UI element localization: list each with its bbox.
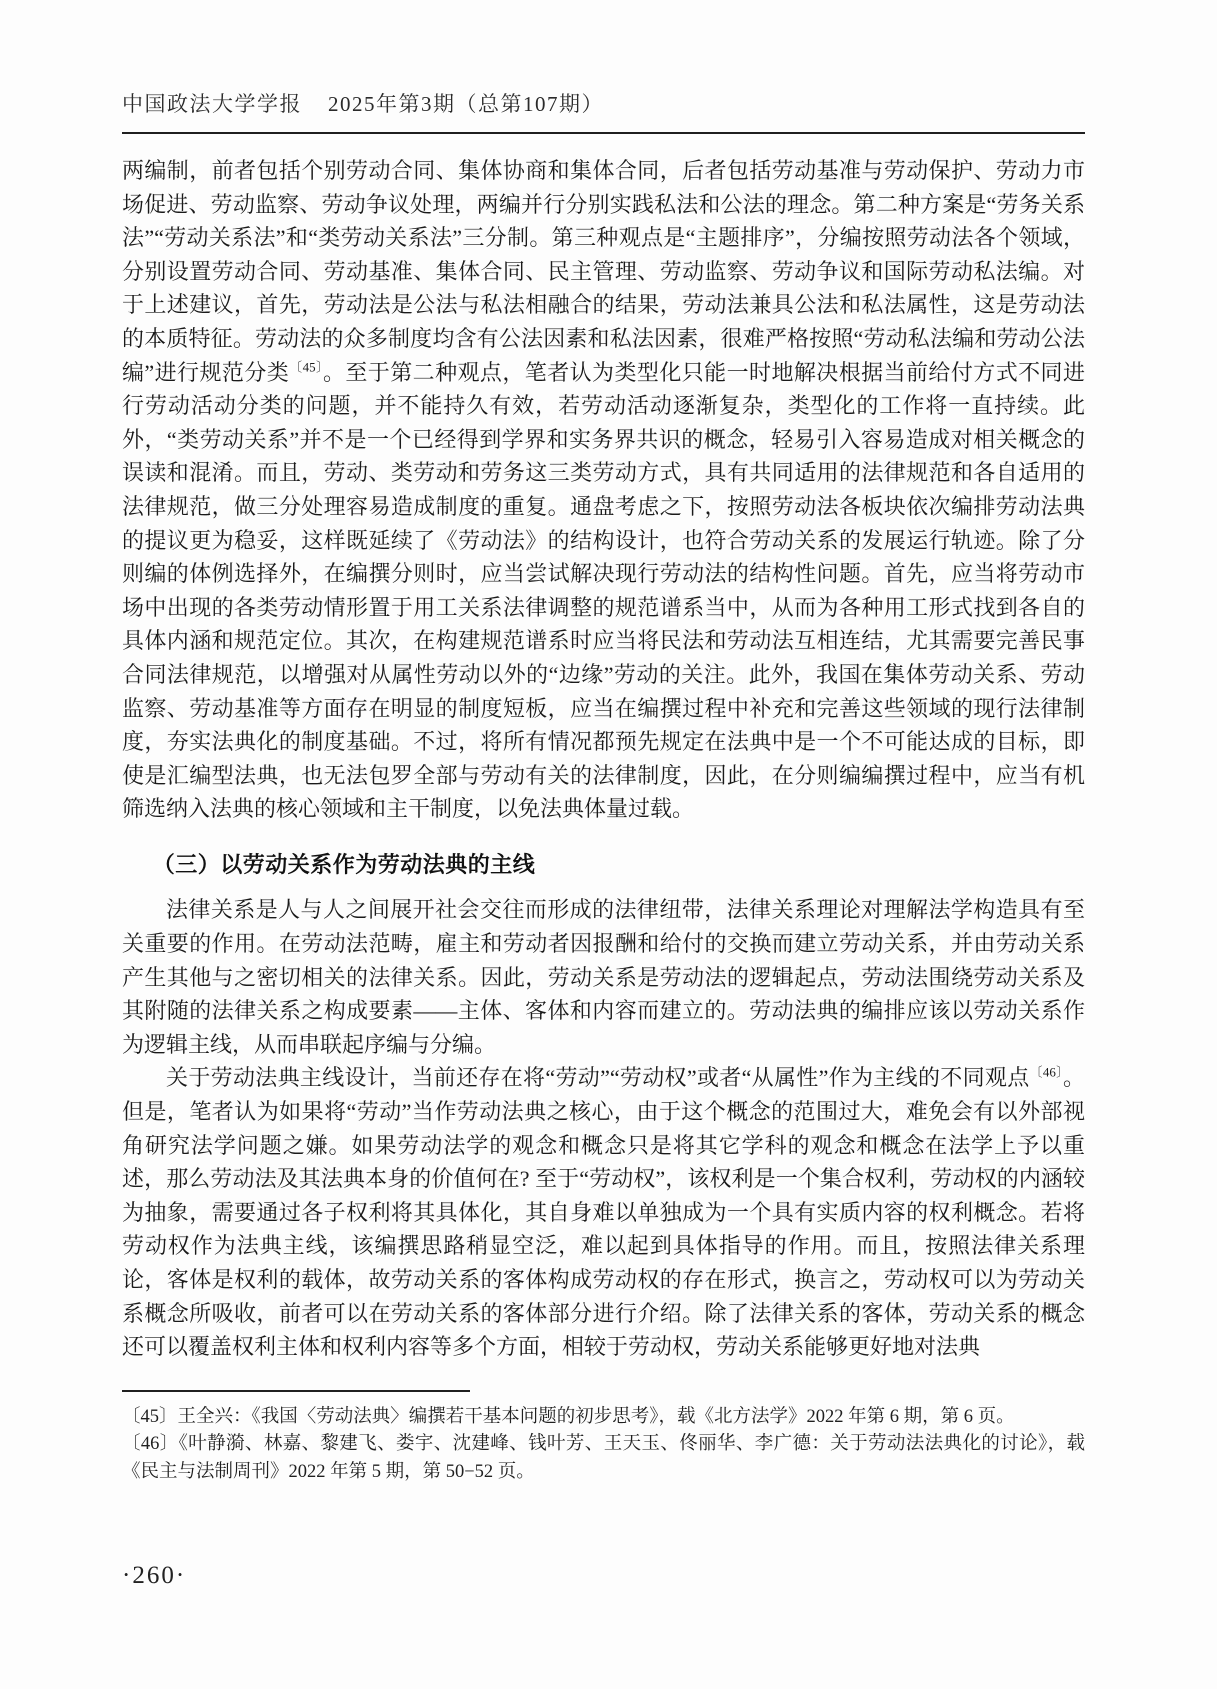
issue-label: 2025年第3期（总第107期） (328, 92, 604, 116)
footnote-label: 〔45〕 (122, 1407, 178, 1427)
footnotes-section: 〔45〕王全兴：《我国〈劳动法典〉编撰若干基本问题的初步思考》，载《北方法学》2… (122, 1390, 1085, 1487)
paragraph-text: 关于劳动法典主线设计，当前还存在将“劳动”“劳动权”或者“从属性”作为主线的不同… (166, 1065, 1030, 1090)
paragraph-text: 。至于第二种观点，笔者认为类型化只能一时地解决根据当前给付方式不同进行劳动活动分… (122, 360, 1085, 822)
journal-header: 中国政法大学学报2025年第3期（总第107期） (122, 88, 1085, 134)
paragraph-text: 。但是，笔者认为如果将“劳动”当作劳动法典之核心，由于这个概念的范围过大，难免会… (122, 1065, 1085, 1359)
page-number: ·260· (122, 1562, 186, 1590)
footnote: 〔46〕《叶静漪、林嘉、黎建飞、娄宇、沈建峰、钱叶芳、王天玉、佟丽华、李广德：关… (122, 1431, 1085, 1486)
body-paragraph: 法律关系是人与人之间展开社会交往而形成的法律纽带，法律关系理论对理解法学构造具有… (122, 893, 1085, 1061)
footnote-marker-45: 〔45〕 (289, 359, 323, 374)
footnote: 〔45〕王全兴：《我国〈劳动法典〉编撰若干基本问题的初步思考》，载《北方法学》2… (122, 1404, 1085, 1432)
body-paragraph-continuation: 两编制，前者包括个别劳动合同、集体协商和集体合同，后者包括劳动基准与劳动保护、劳… (122, 154, 1085, 826)
footnotes-separator (122, 1390, 470, 1392)
footnote-marker-46: 〔46〕 (1030, 1065, 1063, 1080)
body-paragraph: 关于劳动法典主线设计，当前还存在将“劳动”“劳动权”或者“从属性”作为主线的不同… (122, 1061, 1085, 1363)
footnote-label: 〔46〕 (122, 1434, 179, 1454)
article-body: 两编制，前者包括个别劳动合同、集体协商和集体合同，后者包括劳动基准与劳动保护、劳… (122, 154, 1085, 1364)
footnote-text: 《叶静漪、林嘉、黎建飞、娄宇、沈建峰、钱叶芳、王天玉、佟丽华、李广德：关于劳动法… (122, 1434, 1085, 1482)
paragraph-text: 两编制，前者包括个别劳动合同、集体协商和集体合同，后者包括劳动基准与劳动保护、劳… (122, 158, 1085, 385)
section-heading: （三）以劳动关系作为劳动法典的主线 (122, 848, 1085, 882)
page-content: 中国政法大学学报2025年第3期（总第107期） 两编制，前者包括个别劳动合同、… (122, 88, 1085, 1486)
journal-title: 中国政法大学学报 (122, 92, 302, 116)
footnote-text: 王全兴：《我国〈劳动法典〉编撰若干基本问题的初步思考》，载《北方法学》2022 … (178, 1407, 1015, 1427)
journal-page: 中国政法大学学报2025年第3期（总第107期） 两编制，前者包括个别劳动合同、… (0, 0, 1217, 1689)
